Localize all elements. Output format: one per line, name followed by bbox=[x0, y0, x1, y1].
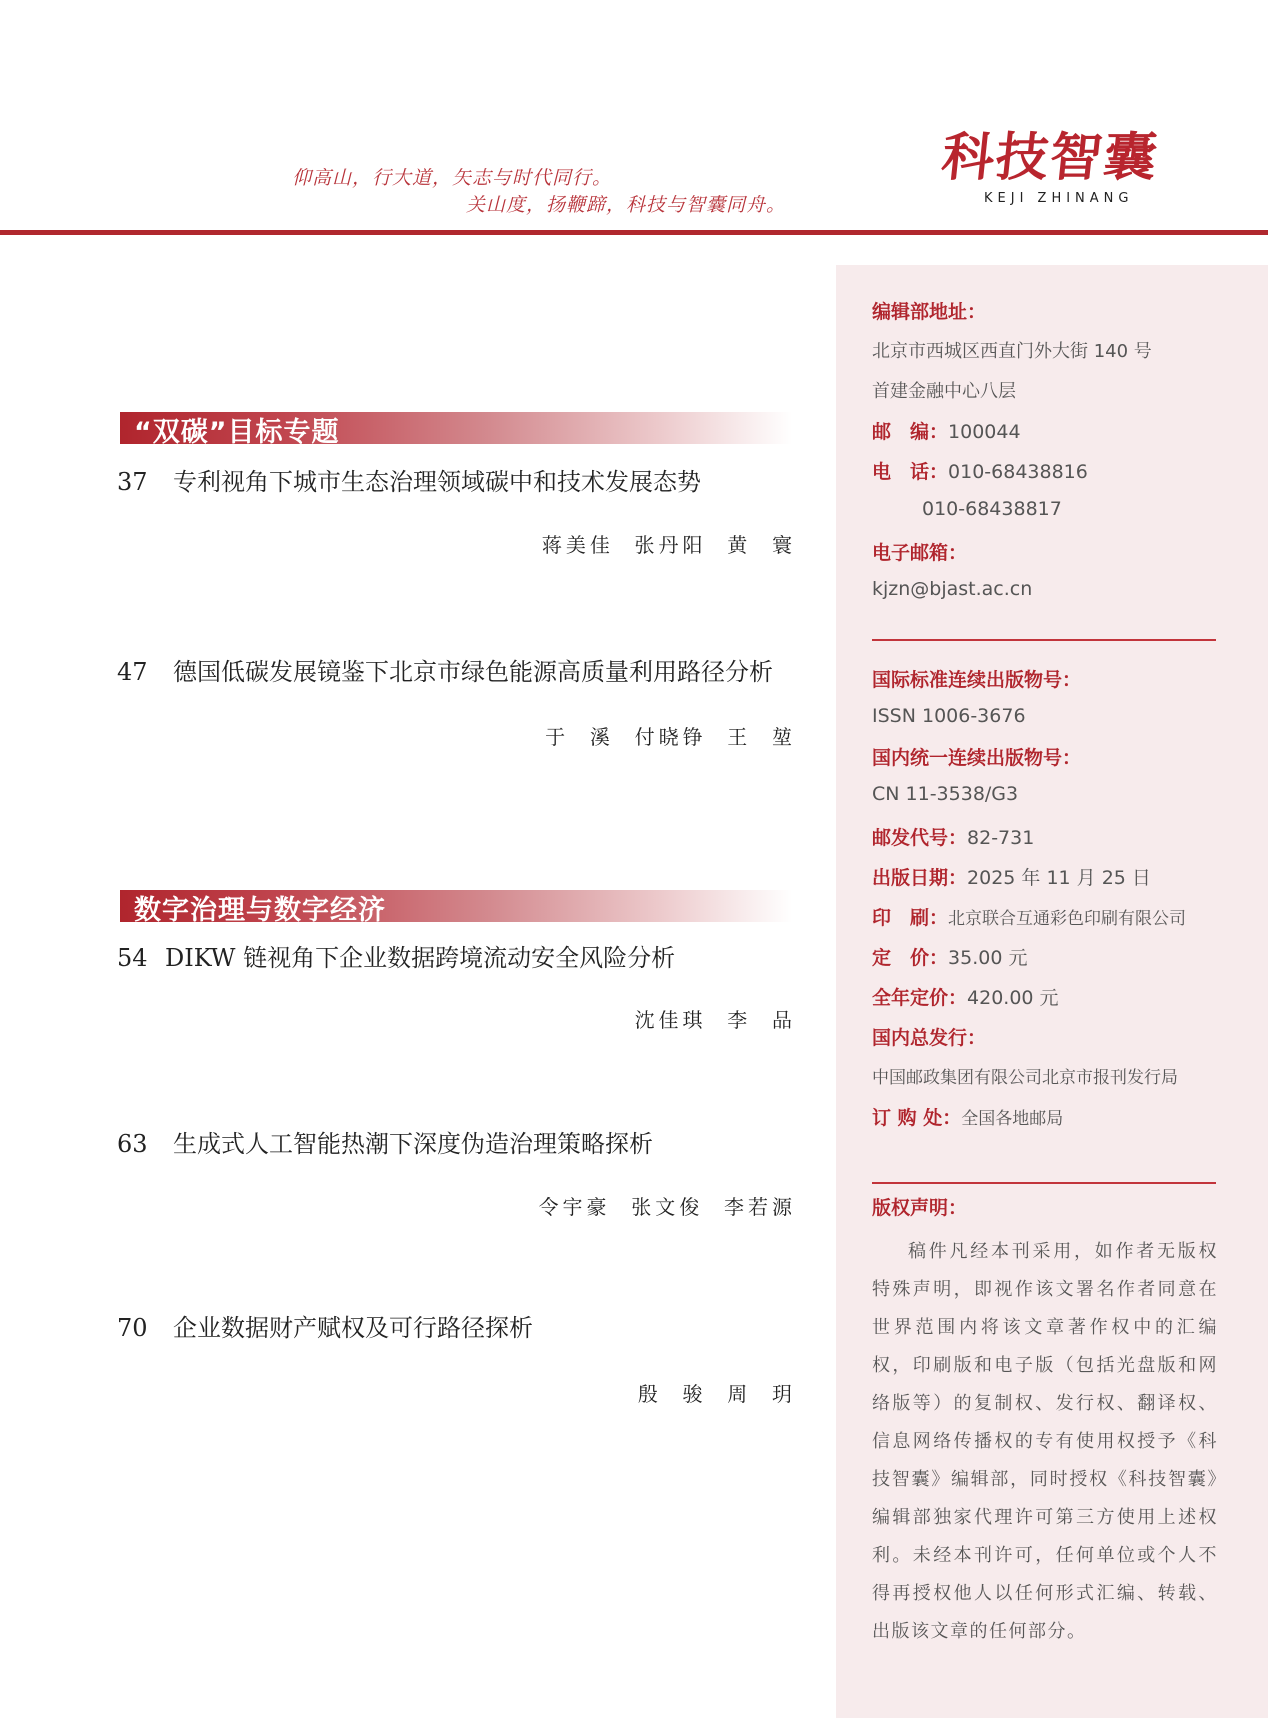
panel-divider bbox=[872, 639, 1216, 641]
pub-date-value: 2025 年 11 月 25 日 bbox=[967, 867, 1151, 889]
price-label: 定 价： bbox=[872, 947, 948, 969]
printer-label: 印 刷： bbox=[872, 907, 948, 929]
toc-entry[interactable]: 37专利视角下城市生态治理领域碳中和技术发展态势 bbox=[117, 462, 701, 497]
logo-pinyin: KEJI ZHINANG bbox=[984, 191, 1133, 206]
postcode-value: 100044 bbox=[948, 421, 1021, 443]
phone-label: 电 话： bbox=[872, 461, 948, 483]
subscribe-label: 订 购 处： bbox=[872, 1107, 961, 1129]
toc-authors: 于 溪 付晓铮 王 堃 bbox=[545, 721, 796, 750]
pub-date-label: 出版日期： bbox=[872, 867, 967, 889]
toc-article-title: 德国低碳发展镜鉴下北京市绿色能源高质量利用路径分析 bbox=[173, 658, 773, 686]
tagline-line-1: 仰高山，行大道，矢志与时代同行。 bbox=[292, 163, 612, 190]
copyright-statement: 稿件凡经本刊采用，如作者无版权特殊声明，即视作该文署名作者同意在世界范围内将该文… bbox=[872, 1233, 1218, 1651]
toc-entry[interactable]: 47德国低碳发展镜鉴下北京市绿色能源高质量利用路径分析 bbox=[117, 652, 773, 687]
issn-value: ISSN 1006-3676 bbox=[872, 705, 1026, 727]
journal-logo: 科技智囊 KEJI ZHINANG bbox=[940, 128, 1170, 218]
issn-label: 国际标准连续出版物号： bbox=[872, 669, 1081, 691]
header-rule bbox=[0, 230, 1268, 235]
toc-authors: 殷 骏 周 玥 bbox=[638, 1378, 796, 1407]
printer-value: 北京联合互通彩色印刷有限公司 bbox=[948, 909, 1186, 929]
cn-label: 国内统一连续出版物号： bbox=[872, 747, 1081, 769]
annual-price-label: 全年定价： bbox=[872, 987, 967, 1009]
distributor-label: 国内总发行： bbox=[872, 1027, 986, 1049]
toc-page-number: 54 bbox=[117, 944, 165, 972]
toc-entry[interactable]: 54DIKW 链视角下企业数据跨境流动安全风险分析 bbox=[117, 938, 675, 973]
address-line-2: 首建金融中心八层 bbox=[872, 377, 1016, 403]
toc-authors: 沈佳琪 李 品 bbox=[635, 1004, 796, 1033]
phone-value-1: 010-68438816 bbox=[948, 461, 1088, 483]
section-header-digital-governance: 数字治理与数字经济 bbox=[120, 890, 792, 922]
panel-divider bbox=[872, 1182, 1216, 1184]
toc-article-title: 生成式人工智能热潮下深度伪造治理策略探析 bbox=[173, 1130, 653, 1158]
toc-entry[interactable]: 63生成式人工智能热潮下深度伪造治理策略探析 bbox=[117, 1124, 653, 1159]
toc-article-title: DIKW 链视角下企业数据跨境流动安全风险分析 bbox=[165, 944, 675, 972]
logo-chinese: 科技智囊 bbox=[939, 128, 1161, 188]
toc-article-title: 企业数据财产赋权及可行路径探析 bbox=[173, 1314, 533, 1342]
toc-authors: 蒋美佳 张丹阳 黄 寰 bbox=[542, 529, 796, 558]
toc-article-title: 专利视角下城市生态治理领域碳中和技术发展态势 bbox=[173, 468, 701, 496]
distributor-value: 中国邮政集团有限公司北京市报刊发行局 bbox=[872, 1063, 1178, 1088]
section-title: “双碳”目标专题 bbox=[134, 410, 340, 449]
publication-info-panel: 编辑部地址： 北京市西城区西直门外大街 140 号 首建金融中心八层 邮 编：1… bbox=[836, 265, 1268, 1718]
address-label: 编辑部地址： bbox=[872, 301, 986, 323]
toc-authors: 令宇豪 张文俊 李若源 bbox=[539, 1191, 796, 1220]
address-line-1: 北京市西城区西直门外大街 140 号 bbox=[872, 337, 1152, 363]
email-value[interactable]: kjzn@bjast.ac.cn bbox=[872, 578, 1032, 600]
toc-entry[interactable]: 70企业数据财产赋权及可行路径探析 bbox=[117, 1308, 533, 1343]
annual-price-value: 420.00 元 bbox=[967, 987, 1059, 1009]
email-label: 电子邮箱： bbox=[872, 542, 967, 564]
price-value: 35.00 元 bbox=[948, 947, 1027, 969]
phone-value-2: 010-68438817 bbox=[922, 498, 1062, 520]
toc-page-number: 37 bbox=[117, 468, 173, 496]
section-header-dual-carbon: “双碳”目标专题 bbox=[120, 412, 792, 444]
tagline-line-2: 关山度，扬鞭蹄，科技与智囊同舟。 bbox=[466, 190, 786, 217]
postal-code-label: 邮发代号： bbox=[872, 827, 967, 849]
toc-page-number: 63 bbox=[117, 1130, 173, 1158]
toc-page-number: 70 bbox=[117, 1314, 173, 1342]
toc-page-number: 47 bbox=[117, 658, 173, 686]
subscribe-value: 全国各地邮局 bbox=[961, 1109, 1063, 1129]
copyright-label: 版权声明： bbox=[872, 1197, 967, 1219]
section-title: 数字治理与数字经济 bbox=[134, 888, 386, 927]
postal-code-value: 82-731 bbox=[967, 827, 1034, 849]
postcode-label: 邮 编： bbox=[872, 421, 948, 443]
cn-value: CN 11-3538/G3 bbox=[872, 783, 1018, 805]
